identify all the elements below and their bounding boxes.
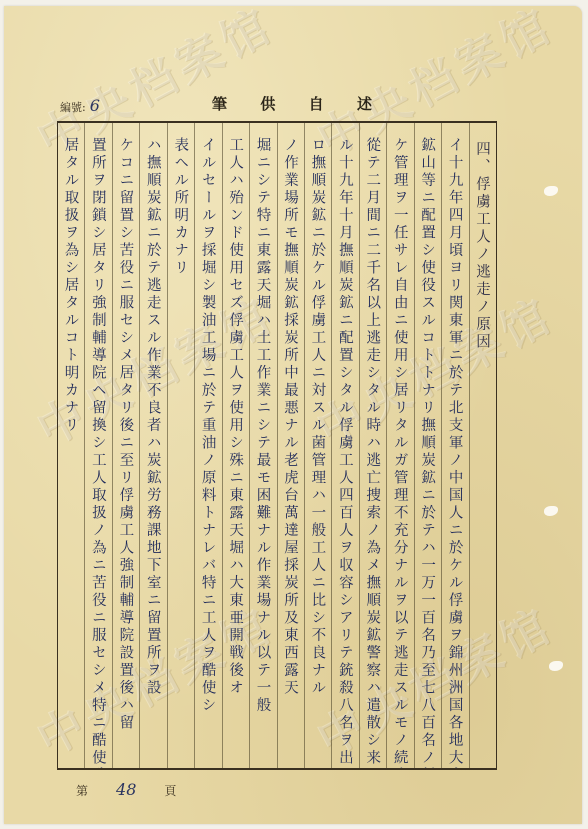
text-column: ケ管理ヲ一任サレ自由ニ使用シ居リタルガ管理不充分ナルヲ以テ逃走スルモノ続出シ監 [386, 123, 413, 768]
title-char: 述 [357, 93, 372, 114]
text-column: ケコニ留置シ苦役ニ服セシメ居タリ後ニ至リ俘虜工人強制輔導院設置後ハ留 [112, 123, 139, 768]
text-column: 從テ二月間ニ二千名以上逃走シタル時ハ逃亡捜索ノ為メ撫順炭鉱警察ハ遣散シ来リ五十七… [359, 123, 386, 768]
text-column: 置所ヲ閉鎖シ居タリ強制輔導院ヘ留換シ工人取扱ノ為ニ苦役ニ服セシメ特ニ酷使致 [84, 123, 111, 768]
page-label-prefix: 第 [76, 782, 88, 799]
text-column: ノ作業場所モ撫順炭鉱採炭所中最悪ナル老虎台萬達屋採炭所及東西露天 [277, 123, 304, 768]
text-column: 堀ニシテ特ニ東露天堀ハ土工作業ニシテ最モ困難ナル作業場ナル以テ一般 [249, 123, 276, 768]
text-column: イ十九年四月頃ヨリ関東軍ニ於テ北支軍ノ中国人ニ於ケル俘虜ヲ錦州洲国各地大会社工場 [441, 123, 468, 768]
paper-scratch [544, 506, 558, 516]
text-column: 居タル取扱ヲ為シ居タルコト明カナリ [58, 123, 84, 768]
page-title: 筆 供 自 述 [212, 93, 372, 114]
paper-scratch [544, 186, 558, 196]
serial-label: 編號: [60, 99, 86, 115]
paper-scratch [549, 661, 563, 671]
title-char: 筆 [212, 93, 227, 114]
page-number-value: 48 [116, 780, 136, 799]
text-column: 工人ハ殆ンド使用セズ俘虜工人ヲ使用シ殊ニ東露天堀ハ大東亜開戦後オ [222, 123, 249, 768]
text-column: ロ撫順炭鉱ニ於ケル俘虜工人ニ対スル菌管理ハ一般工人ニ比シ不良ナル [304, 123, 331, 768]
text-column: ハ撫順炭鉱ニ於テ逃走スル作業不良者ハ炭鉱労務課地下室ニ留置所ヲ設 [139, 123, 166, 768]
manuscript-grid: 四、俘虜工人ノ逃走ノ原因 イ十九年四月頃ヨリ関東軍ニ於テ北支軍ノ中国人ニ於ケル俘… [57, 121, 497, 770]
section-heading: 四、俘虜工人ノ逃走ノ原因 [469, 123, 496, 768]
text-column: 表ヘル所明カナリ [167, 123, 194, 768]
text-column: ル十九年十月撫順炭鉱ニ配置シタル俘虜工人四百人ヲ収容シアリテ銃殺八名ヲ出シ [331, 123, 358, 768]
page-number: 第 48 頁 [76, 780, 176, 799]
serial-value: 6 [90, 96, 100, 115]
text-column: イルセールヲ採堀シ製油工場ニ於テ重油ノ原料トナレバ特ニ工人ヲ酷使シ [194, 123, 221, 768]
title-char: 供 [260, 93, 275, 114]
serial-number: 編號: 6 [60, 96, 100, 115]
text-column: 鉱山等ニ配置シ使役スルコトトナリ撫順炭鉱ニ於テハ一万一百名乃至七八百名ノ俘虜ヲ送… [414, 123, 441, 768]
page-label-suffix: 頁 [164, 782, 176, 799]
title-char: 自 [309, 93, 324, 114]
